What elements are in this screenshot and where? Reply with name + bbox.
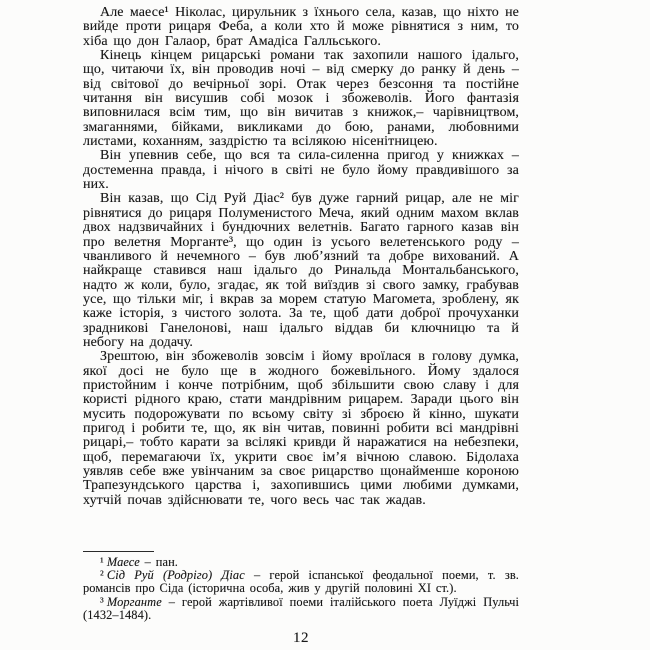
footnote-1-term: Маесе (107, 555, 140, 569)
book-page: Але маесе¹ Ніколас, цирульник з їхнього … (0, 0, 650, 650)
footnote-3: ³Морганте – герой жартівливої поеми італ… (83, 596, 519, 622)
footnote-3-term: Морганте (107, 595, 162, 609)
body-paragraph-2: Кінець кінцем рицарські романи так захоп… (83, 49, 519, 149)
footnote-2-term: Сід Руй (Родріго) Діас (107, 568, 245, 582)
footnote-2-marker: ² (100, 568, 104, 582)
footnote-section: ¹Маесе – пан. ²Сід Руй (Родріго) Діас – … (83, 551, 519, 622)
footnote-1-text: – пан. (140, 555, 178, 569)
body-paragraph-5: Зрештою, він збожеволів зовсім і йому вр… (83, 350, 519, 508)
body-text-block: Але маесе¹ Ніколас, цирульник з їхнього … (83, 6, 519, 508)
body-paragraph-1: Але маесе¹ Ніколас, цирульник з їхнього … (83, 6, 519, 49)
body-paragraph-4: Він казав, що Сід Руй Діас² був дуже гар… (83, 192, 519, 350)
footnote-divider (83, 551, 154, 552)
page-number: 12 (83, 630, 519, 647)
footnote-2: ²Сід Руй (Родріго) Діас – герой іспанськ… (83, 569, 519, 595)
footnote-1-marker: ¹ (100, 555, 104, 569)
body-paragraph-3: Він упевнив себе, що вся та сила-силенна… (83, 149, 519, 192)
footnote-3-marker: ³ (100, 595, 104, 609)
footnote-list: ¹Маесе – пан. ²Сід Руй (Родріго) Діас – … (83, 556, 519, 622)
